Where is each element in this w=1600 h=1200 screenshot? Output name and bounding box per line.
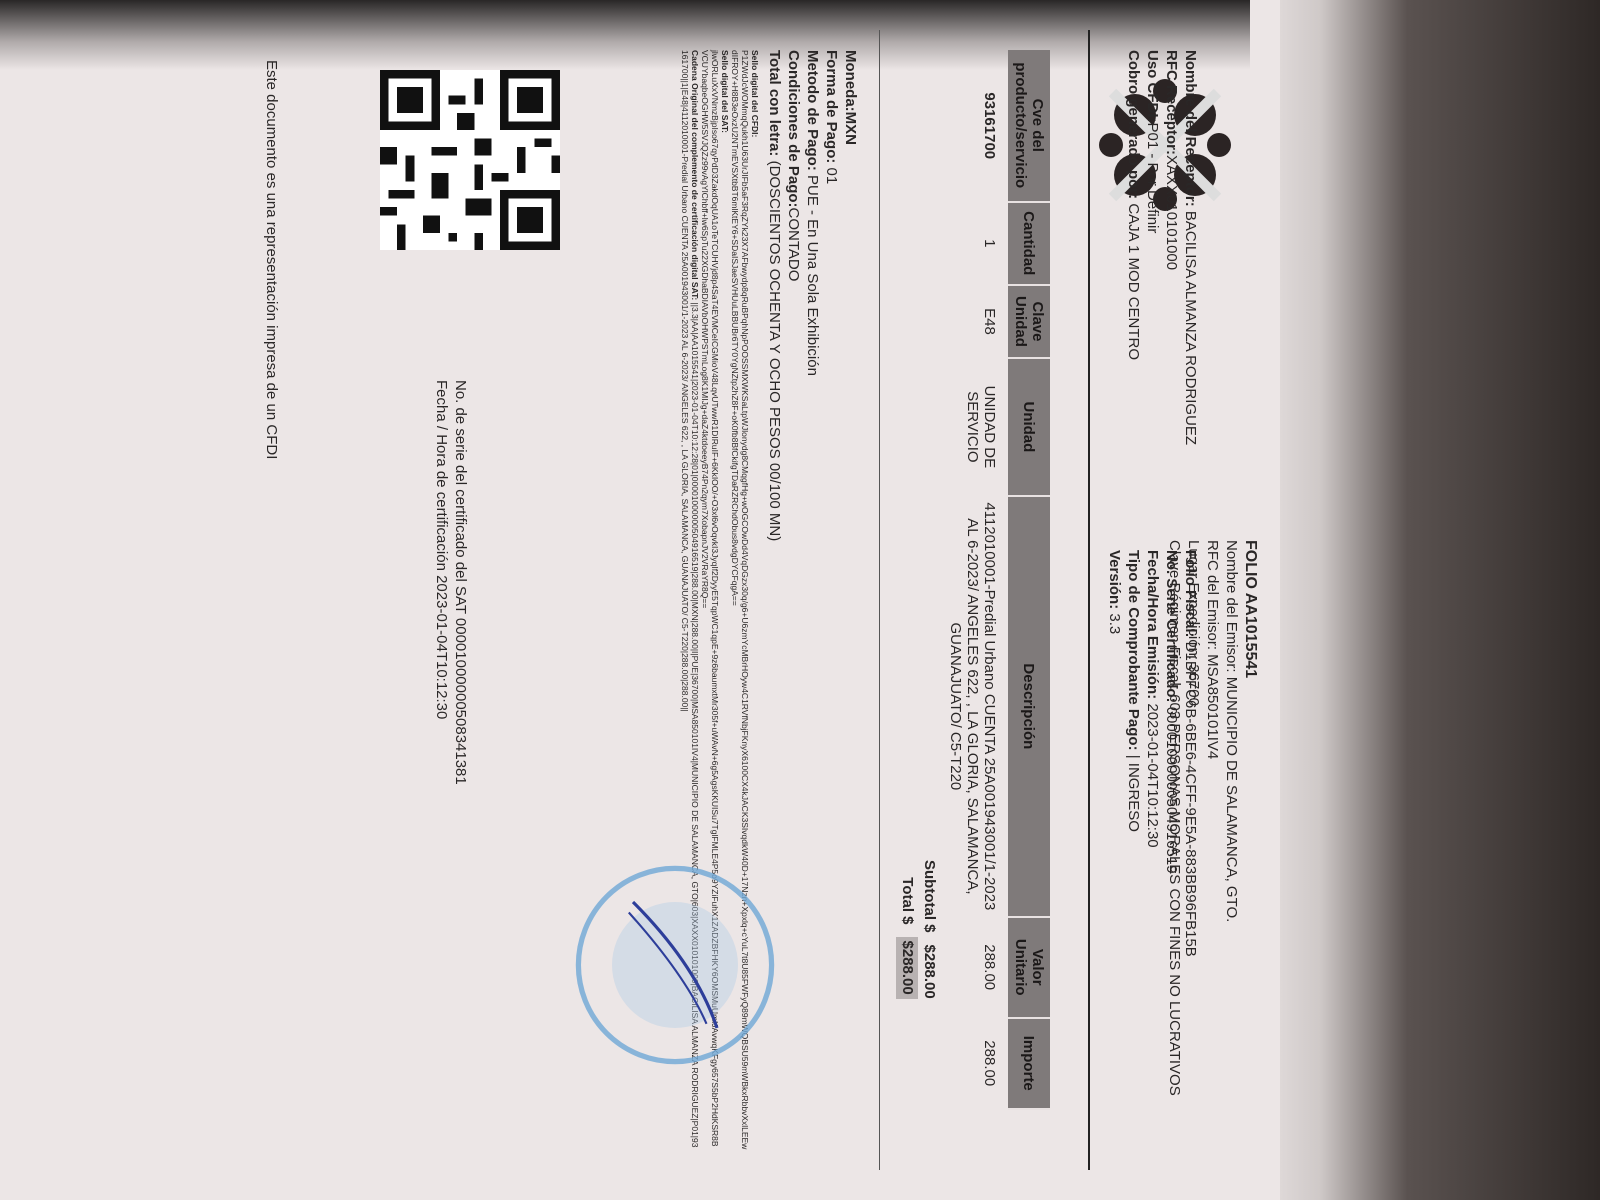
payment-block: Moneda:MXN Forma de Pago: 01 Metodo de P…: [765, 50, 860, 541]
label: Tipo de Comprobante Pago:: [1125, 550, 1142, 751]
col-unidad: Unidad: [1008, 358, 1050, 496]
col-importe: Importe: [1008, 1018, 1050, 1110]
receptor-nombre: BACILISA ALMANZA RODRIGUEZ: [1182, 207, 1199, 445]
condiciones-pago: CONTADO: [785, 208, 802, 282]
fiscal-block: Folio Fiscal: D1BFFC6B-6BE6-4CFF-9E5A-88…: [1105, 550, 1200, 957]
version: 3.3: [1106, 609, 1123, 634]
certificacion-block: No. de serie del certificado del SAT 000…: [432, 380, 470, 785]
receptor-block: Nombre del Receptor: BACILISA ALMANZA RO…: [1124, 50, 1200, 445]
col-cve: Cve del producto/servicio: [1008, 50, 1050, 202]
label: Cobro generado por:: [1125, 50, 1142, 199]
cell-cve: 93161700: [937, 50, 1008, 202]
invoice-page: FOLIO AA1015541 Nombre del Emisor: MUNIC…: [0, 0, 1280, 1200]
label: No. Serie Certificado:: [1163, 550, 1180, 703]
label: Folio Fiscal:: [1182, 550, 1199, 638]
cobro-generado: CAJA 1 MOD CENTRO: [1125, 199, 1142, 360]
cadena-label: Cadena Original del complemento de certi…: [690, 50, 700, 300]
folio-fiscal: D1BFFC6B-6BE6-4CFF-9E5A-883BB96FB15B: [1182, 638, 1199, 957]
label: Metodo de Pago:: [804, 50, 821, 171]
fecha-emision: 2023-01-04T10:12:30: [1144, 699, 1161, 847]
label: RFC Receptor:: [1163, 50, 1180, 155]
label: Condiciones de Pago:: [785, 50, 802, 208]
totals-block: Subtotal $$288.00 Total $$288.00: [896, 860, 940, 999]
uso-cfdi: P01 - Por Definir: [1144, 123, 1161, 234]
fecha-certificacion: Fecha / Hora de certificación 2023-01-04…: [432, 380, 451, 785]
cell-importe: 288.00: [937, 1018, 1008, 1110]
cell-cantidad: 1: [937, 202, 1008, 285]
cell-valor-unitario: 288.00: [937, 917, 1008, 1018]
total-value: $288.00: [896, 937, 918, 999]
items-table: Cve del producto/servicio Cantidad Clave…: [937, 50, 1050, 1110]
cell-unidad: UNIDAD DE SERVICIO: [937, 358, 1008, 496]
forma-pago: 01: [823, 163, 840, 184]
header-divider: [1088, 30, 1090, 1170]
total-letra: (DOSCIENTOS OCHENTA Y OCHO PESOS 00/100 …: [766, 156, 783, 541]
subtotal-label: Subtotal $: [918, 860, 940, 933]
cell-clave-unidad: E48: [937, 285, 1008, 358]
moneda: Moneda:MXN: [841, 50, 860, 541]
col-clave-unidad: Clave Unidad: [1008, 285, 1050, 358]
qr-code-icon: [380, 70, 560, 250]
footer-note: Este documento es una representación imp…: [263, 60, 280, 459]
total-label: Total $: [896, 877, 918, 924]
cell-descripcion: 4112010001-Predial Urbano CUENTA 25A0019…: [937, 496, 1008, 917]
serie-certificado: 00001000000504916519: [1163, 703, 1180, 874]
label: Uso CFDI:: [1144, 50, 1161, 123]
metodo-pago: PUE - En Una Sola Exhibición: [804, 171, 821, 376]
folio: FOLIO AA1015541: [1241, 540, 1260, 1096]
receptor-rfc: XAXX010101000: [1163, 155, 1180, 270]
col-descripcion: Descripción: [1008, 496, 1050, 917]
emisor-nombre: Nombre del Emisor: MUNICIPIO DE SALAMANC…: [1222, 540, 1241, 1096]
subtotal-value: $288.00: [918, 945, 940, 999]
label: Fecha/Hora Emisión:: [1144, 550, 1161, 699]
background-surface: [1250, 0, 1600, 1200]
emisor-rfc: RFC del Emisor: MSA850101IV4: [1203, 540, 1222, 1096]
tipo-comprobante: | INGRESO: [1125, 751, 1142, 832]
items-divider: [879, 30, 880, 1170]
tesoreria-stamp-icon: [570, 860, 780, 1070]
table-row: 93161700 1 E48 UNIDAD DE SERVICIO 411201…: [937, 50, 1008, 1109]
col-cantidad: Cantidad: [1008, 202, 1050, 285]
col-valor-unitario: Valor Unitario: [1008, 917, 1050, 1018]
label: Nombre del Receptor:: [1182, 50, 1199, 207]
label: Total con letra:: [766, 50, 783, 156]
serie-certificado-sat: No. de serie del certificado del SAT 000…: [451, 380, 470, 785]
label: Versión:: [1106, 550, 1123, 609]
label: Forma de Pago:: [823, 50, 840, 163]
